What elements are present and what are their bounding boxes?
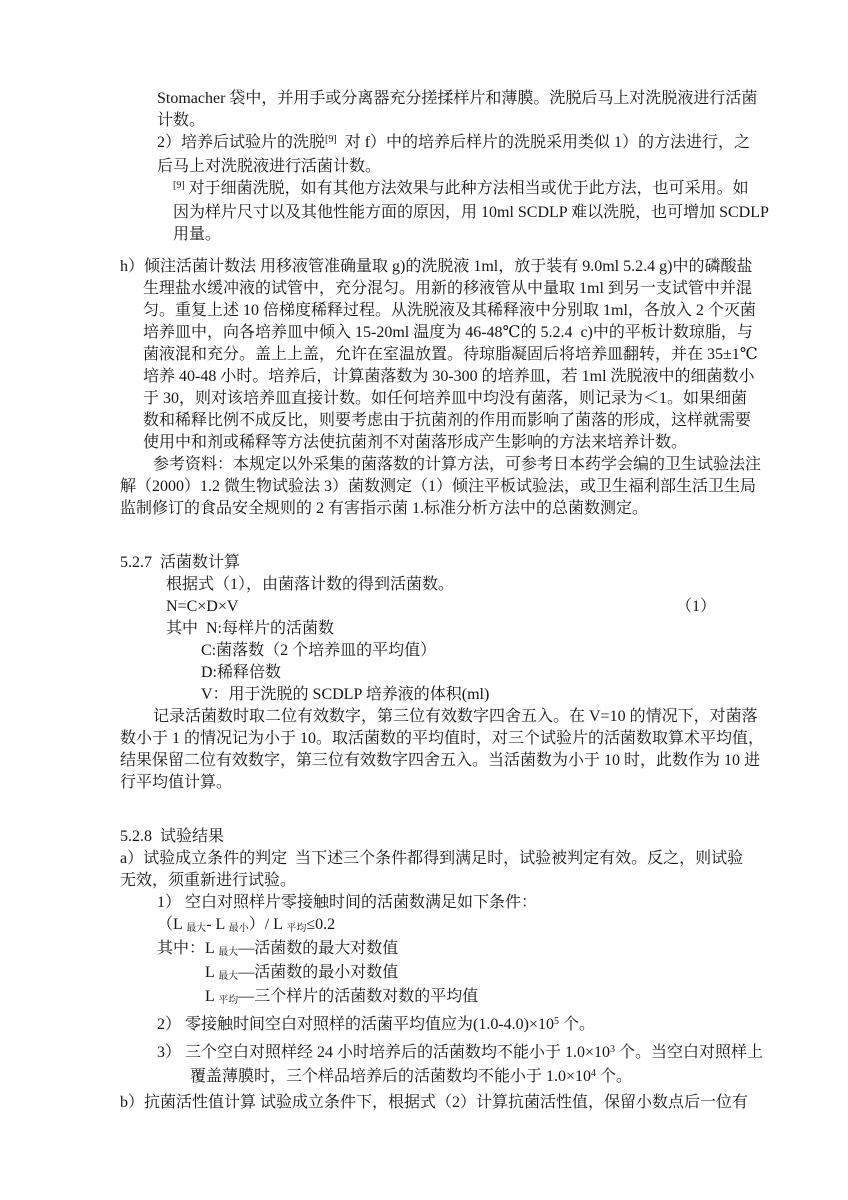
- def-L-min: L 最大—活菌数的最小对数值: [205, 962, 732, 986]
- para-reference-note: 参考资料：本规定以外采集的菌落数的计算方法，可参考日本药学会编的卫生试验法注 解…: [120, 454, 732, 520]
- text-run: b）抗菌活性值计算 试验成立条件下，根据式（2）计算抗菌活性值，保留小数点后一位…: [120, 1094, 748, 1111]
- text-run: 对于细菌洗脱，如有其他方法效果与此种方法相当或优于此方法，也可采用。如 因为样片…: [173, 180, 769, 243]
- subscript-text: 平均: [286, 923, 306, 934]
- text-run: N=C×D×V: [166, 598, 238, 615]
- text-run: 根据式（1），由菌落计数的得到活菌数。: [166, 576, 454, 593]
- text-run: D:稀释倍数: [201, 664, 281, 681]
- text-run: 2）培养后试验片的洗脱: [157, 134, 325, 151]
- list-item-3-blank-24h: 3） 三个空白对照样经 24 小时培养后的活菌数均不能小于 1.0×103 个。…: [190, 1042, 732, 1090]
- text-run: —活菌数的最小对数值: [238, 964, 398, 981]
- document-page: Stomacher 袋中，并用手或分离器充分搓揉样片和薄膜。洗脱后马上对洗脱液进…: [0, 0, 848, 1200]
- subscript-text: 最大: [186, 923, 206, 934]
- superscript-text: 4: [591, 1068, 596, 1079]
- text-run: 个。: [559, 1016, 595, 1033]
- text-run: —三个样片的活菌数对数的平均值: [238, 988, 478, 1005]
- para-a-validity: a）试验成立条件的判定 当下述三个条件都得到满足时，试验被判定有效。反之，则试验…: [120, 848, 732, 892]
- def-N: 其中 N:每样片的活菌数: [166, 618, 732, 640]
- text-run: L: [205, 964, 218, 981]
- text-run: 2） 零接触时间空白对照样的活菌平均值应为(1.0-4.0)×10: [157, 1016, 554, 1033]
- text-run: 3） 三个空白对照样经 24 小时培养后的活菌数均不能小于 1.0×10: [157, 1044, 610, 1061]
- text-run: - L: [206, 916, 229, 933]
- superscript-text: [9]: [173, 180, 185, 191]
- def-L-avg: L 平均—三个样片的活菌数对数的平均值: [205, 986, 732, 1010]
- text-run: —活菌数的最大对数值: [238, 940, 398, 957]
- text-run: 个。: [596, 1068, 632, 1085]
- superscript-text: [9]: [325, 134, 337, 145]
- superscript-text: 3: [610, 1044, 615, 1055]
- def-V: V：用于洗脱的 SCDLP 培养液的体积(ml): [201, 684, 732, 706]
- def-D: D:稀释倍数: [201, 662, 732, 684]
- formula-line-L: （L 最大- L 最小）/ L 平均≤0.2: [157, 914, 732, 938]
- footnote-9: [9] 对于细菌洗脱，如有其他方法效果与此种方法相当或优于此方法，也可采用。如 …: [173, 178, 732, 246]
- text-run: h）倾注活菌计数法 用移液管准确量取 g)的洗脱液 1ml，放于装有 9.0ml…: [120, 258, 758, 451]
- text-run: 其中 N:每样片的活菌数: [166, 620, 334, 637]
- subscript-text: 最小: [229, 923, 249, 934]
- list-item-1-condition: 1） 空白对照样片零接触时间的活菌数满足如下条件：: [157, 892, 732, 914]
- text-run: C:菌落数（2 个培养皿的平均值）: [201, 642, 436, 659]
- para-formula-intro: 根据式（1），由菌落计数的得到活菌数。: [166, 574, 732, 596]
- text-run: Stomacher 袋中，并用手或分离器充分搓揉样片和薄膜。洗脱后马上对洗脱液进…: [157, 90, 757, 129]
- para-recording-rules: 记录活菌数时取二位有效数字，第三位有效数字四舍五入。在 V=10 的情况下，对菌…: [120, 706, 732, 794]
- text-run: 5.2.8 试验结果: [120, 828, 224, 845]
- list-item-2-blank-average: 2） 零接触时间空白对照样的活菌平均值应为(1.0-4.0)×105 个。: [157, 1014, 732, 1038]
- para-h-pour-plate-count: h）倾注活菌计数法 用移液管准确量取 g)的洗脱液 1ml，放于装有 9.0ml…: [120, 256, 732, 454]
- text-run: a）试验成立条件的判定 当下述三个条件都得到满足时，试验被判定有效。反之，则试验…: [120, 850, 743, 889]
- text-run: ≤0.2: [306, 916, 335, 933]
- text-run: 5.2.7 活菌数计算: [120, 554, 240, 571]
- equation-number: （1）: [676, 596, 716, 618]
- text-run: （L: [157, 916, 186, 933]
- def-C: C:菌落数（2 个培养皿的平均值）: [201, 640, 732, 662]
- superscript-text: 5: [554, 1016, 559, 1027]
- text-run: 记录活菌数时取二位有效数字，第三位有效数字四舍五入。在 V=10 的情况下，对菌…: [120, 708, 764, 791]
- heading-5-2-7: 5.2.7 活菌数计算: [120, 552, 732, 574]
- subscript-text: 最大: [218, 971, 238, 982]
- para-b-activity-value: b）抗菌活性值计算 试验成立条件下，根据式（2）计算抗菌活性值，保留小数点后一位…: [120, 1092, 732, 1114]
- formula-line-N: （1）N=C×D×V: [166, 596, 732, 618]
- list-item-2-post-culture-elution: 2）培养后试验片的洗脱[9] 对 f）中的培养后样片的洗脱采用类似 1）的方法进…: [157, 132, 732, 178]
- text-run: 参考资料：本规定以外采集的菌落数的计算方法，可参考日本药学会编的卫生试验法注 解…: [120, 456, 761, 517]
- para-stomacher-continuation: Stomacher 袋中，并用手或分离器充分搓揉样片和薄膜。洗脱后马上对洗脱液进…: [157, 88, 732, 132]
- subscript-text: 最大: [218, 947, 238, 958]
- document-body: Stomacher 袋中，并用手或分离器充分搓揉样片和薄膜。洗脱后马上对洗脱液进…: [120, 88, 732, 1114]
- text-run: 1） 空白对照样片零接触时间的活菌数满足如下条件：: [157, 894, 537, 911]
- text-run: L: [205, 988, 218, 1005]
- text-run: V：用于洗脱的 SCDLP 培养液的体积(ml): [201, 686, 489, 703]
- def-L-max: 其中：L 最大—活菌数的最大对数值: [157, 938, 732, 962]
- heading-5-2-8: 5.2.8 试验结果: [120, 826, 732, 848]
- text-run: 其中：L: [157, 940, 218, 957]
- text-run: ）/ L: [249, 916, 287, 933]
- subscript-text: 平均: [218, 995, 238, 1006]
